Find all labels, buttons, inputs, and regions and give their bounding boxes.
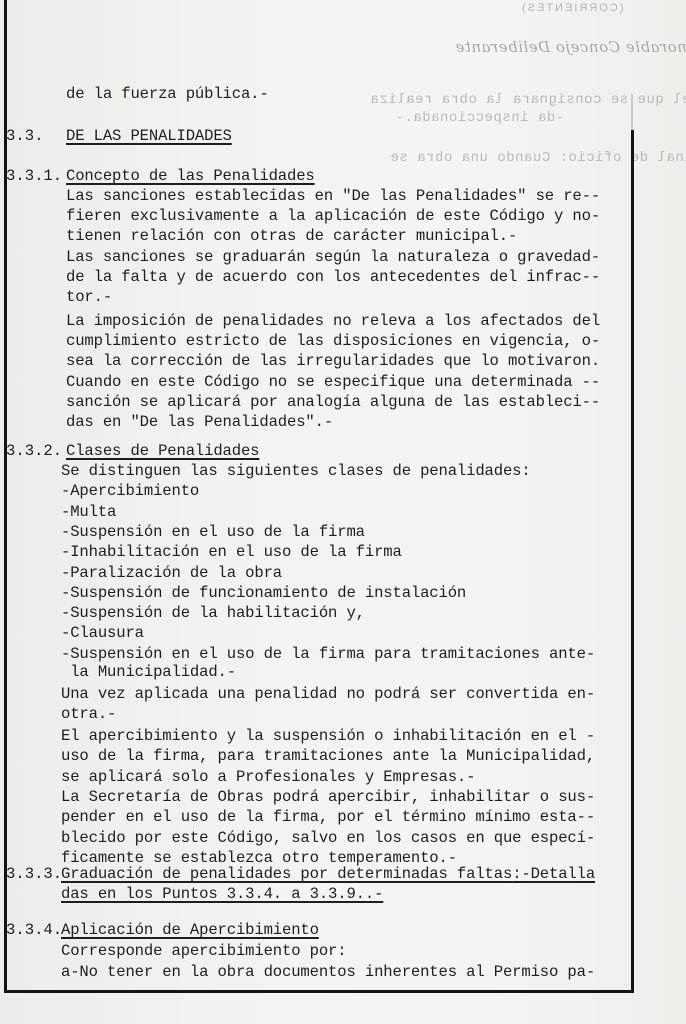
subsection-continuation: das en los Puntos 3.3.4. a 3.3.9..- [61, 884, 383, 904]
body-line: de la falta y de acuerdo con los anteced… [66, 267, 600, 287]
body-line: -Inhabilitación en el uso de la firma [61, 542, 402, 562]
scanned-page: (CORRIENTES) Honorable Concejo Deliberan… [0, 0, 686, 1024]
body-line: -Suspensión en el uso de la firma para t… [61, 644, 595, 664]
body-line: La Secretaría de Obras podrá apercibir, … [61, 787, 595, 807]
letterhead-council: Honorable Concejo Deliberante [455, 38, 686, 56]
body-line: tienen relación con otras de carácter mu… [66, 226, 517, 246]
subsection-title: Aplicación de Apercibimiento [61, 920, 319, 940]
subsection-number: 3.3.4. [6, 920, 62, 940]
body-line: se aplicará solo a Profesionales y Empre… [61, 767, 475, 787]
bottom-border-rule [4, 990, 634, 993]
carry-over-line: de la fuerza pública.- [66, 84, 269, 104]
body-line: -Multa [61, 502, 116, 522]
body-line: Una vez aplicada una penalidad no podrá … [61, 684, 595, 704]
section-number: 3.3. [6, 126, 43, 146]
body-line: pender en el uso de la firma, por el tér… [61, 807, 595, 827]
body-line: sanción se aplicará por analogía alguna … [66, 392, 600, 412]
body-line: uso de la firma, para tramitaciones ante… [61, 746, 595, 766]
letterhead-city: (CORRIENTES) [520, 2, 623, 14]
body-line: la Municipalidad.- [61, 662, 236, 682]
subsection-number: 3.3.1. [6, 166, 62, 186]
body-line: -Clausura [61, 623, 144, 643]
body-line: cumplimiento estricto de las disposicion… [66, 331, 600, 351]
body-line: Las sanciones establecidas en "De las Pe… [66, 186, 600, 206]
bleed-through-line: no concluida, en el que se consignara la… [370, 92, 686, 108]
bleed-through-line: -da inspeccionada.- [395, 110, 564, 126]
body-line: blecido por este Código, salvo en los ca… [61, 828, 595, 848]
right-border-rule-faint [631, 94, 633, 130]
body-line: Se distinguen las siguientes clases de p… [61, 461, 531, 481]
subsection-title: Graduación de penalidades por determinad… [61, 865, 512, 883]
body-line: das en "De las Penalidades".- [66, 412, 333, 432]
section-title: DE LAS PENALIDADES [66, 126, 232, 146]
subsection-title-line: Graduación de penalidades por determinad… [61, 864, 595, 884]
body-line: a-No tener en la obra documentos inheren… [61, 962, 595, 982]
body-line: La imposición de penalidades no releva a… [66, 311, 600, 331]
body-line: otra.- [61, 704, 116, 724]
subsection-title-suffix: :-Detalla [512, 865, 595, 883]
body-line: -Suspensión en el uso de la firma [61, 522, 365, 542]
subsection-title: Concepto de las Penalidades [66, 166, 315, 186]
subsection-title: Clases de Penalidades [66, 441, 259, 461]
body-line: Las sanciones se graduarán según la natu… [66, 247, 600, 267]
right-border-rule [631, 130, 634, 992]
body-line: tor.- [66, 287, 112, 307]
body-line: Corresponde apercibimiento por: [61, 941, 346, 961]
body-line: fieren exclusivamente a la aplicación de… [66, 206, 600, 226]
body-line: -Apercibimiento [61, 481, 199, 501]
body-line: -Paralización de la obra [61, 563, 282, 583]
body-line: -Suspensión de la habilitación y, [61, 603, 365, 623]
body-line: sea la corrección de las irregularidades… [66, 351, 600, 371]
subsection-number: 3.3.3. [6, 864, 62, 884]
body-line: Cuando en este Código no se especifique … [66, 372, 600, 392]
body-line: -Suspensión de funcionamiento de instala… [61, 583, 466, 603]
subsection-number: 3.3.2. [6, 441, 62, 461]
body-line: El apercibimiento y la suspensión o inha… [61, 726, 595, 746]
bleed-through-line: b) Inspección final de oficio: Cuando un… [390, 150, 686, 166]
left-border-rule [4, 0, 7, 992]
